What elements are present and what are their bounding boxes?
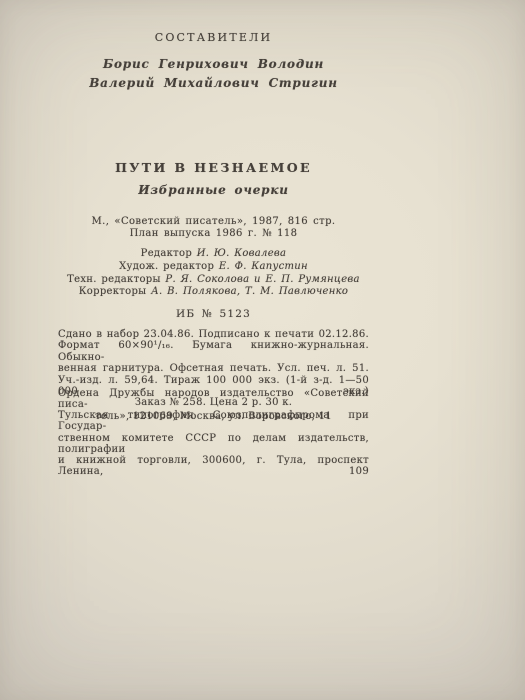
ib-number: ИБ № 5123	[58, 308, 369, 320]
printer-line: Тульская типография Союзполиграфпрома пр…	[58, 410, 369, 433]
publisher-line: Ордена Дружбы народов издательство «Сове…	[58, 388, 369, 411]
compiler-name: Валерий Михайлович Стригин	[58, 74, 369, 93]
imprint-line: М., «Советский писатель», 1987, 816 стр.	[58, 216, 369, 228]
staff-role: Техн. редакторы	[67, 274, 161, 285]
print-info-line: Сдано в набор 23.04.86. Подписано к печа…	[58, 329, 369, 340]
print-info-line: венная гарнитура. Офсетная печать. Усл. …	[58, 363, 369, 374]
compilers-list: Борис Генрихович Володин Валерий Михайло…	[58, 55, 369, 93]
staff-names: Е. Ф. Капустин	[219, 261, 308, 272]
imprint-block: М., «Советский писатель», 1987, 816 стр.…	[58, 216, 369, 240]
printer-line: и книжной торговли, 300600, г. Тула, про…	[58, 455, 369, 478]
staff-names: Р. Я. Соколова и Е. П. Румянцева	[165, 274, 359, 285]
scanned-book-page: СОСТАВИТЕЛИ Борис Генрихович Володин Вал…	[0, 0, 525, 700]
imprint-line: План выпуска 1986 г. № 118	[58, 228, 369, 240]
editorial-staff-block: Редактор И. Ю. Ковалева Худож. редактор …	[58, 248, 369, 299]
staff-line: Корректоры А. В. Полякова, Т. М. Павлюче…	[58, 286, 369, 299]
staff-role: Корректоры	[79, 286, 147, 297]
staff-names: И. Ю. Ковалева	[197, 248, 287, 259]
staff-role: Редактор	[141, 248, 192, 259]
book-subtitle: Избранные очерки	[58, 183, 369, 197]
staff-role: Худож. редактор	[119, 261, 214, 272]
book-title: ПУТИ В НЕЗНАЕМОЕ	[58, 160, 369, 175]
staff-line: Техн. редакторы Р. Я. Соколова и Е. П. Р…	[58, 274, 369, 287]
compiler-name: Борис Генрихович Володин	[58, 55, 369, 74]
printer-block: Тульская типография Союзполиграфпрома пр…	[58, 410, 369, 478]
staff-names: А. В. Полякова, Т. М. Павлюченко	[151, 286, 348, 297]
staff-line: Худож. редактор Е. Ф. Капустин	[58, 261, 369, 274]
print-info-line: Формат 60×90¹/₁₆. Бумага книжно-журнальн…	[58, 340, 369, 363]
printer-line: ственном комитете СССР по делам издатель…	[58, 433, 369, 456]
compilers-heading: СОСТАВИТЕЛИ	[58, 31, 369, 44]
staff-line: Редактор И. Ю. Ковалева	[58, 248, 369, 261]
